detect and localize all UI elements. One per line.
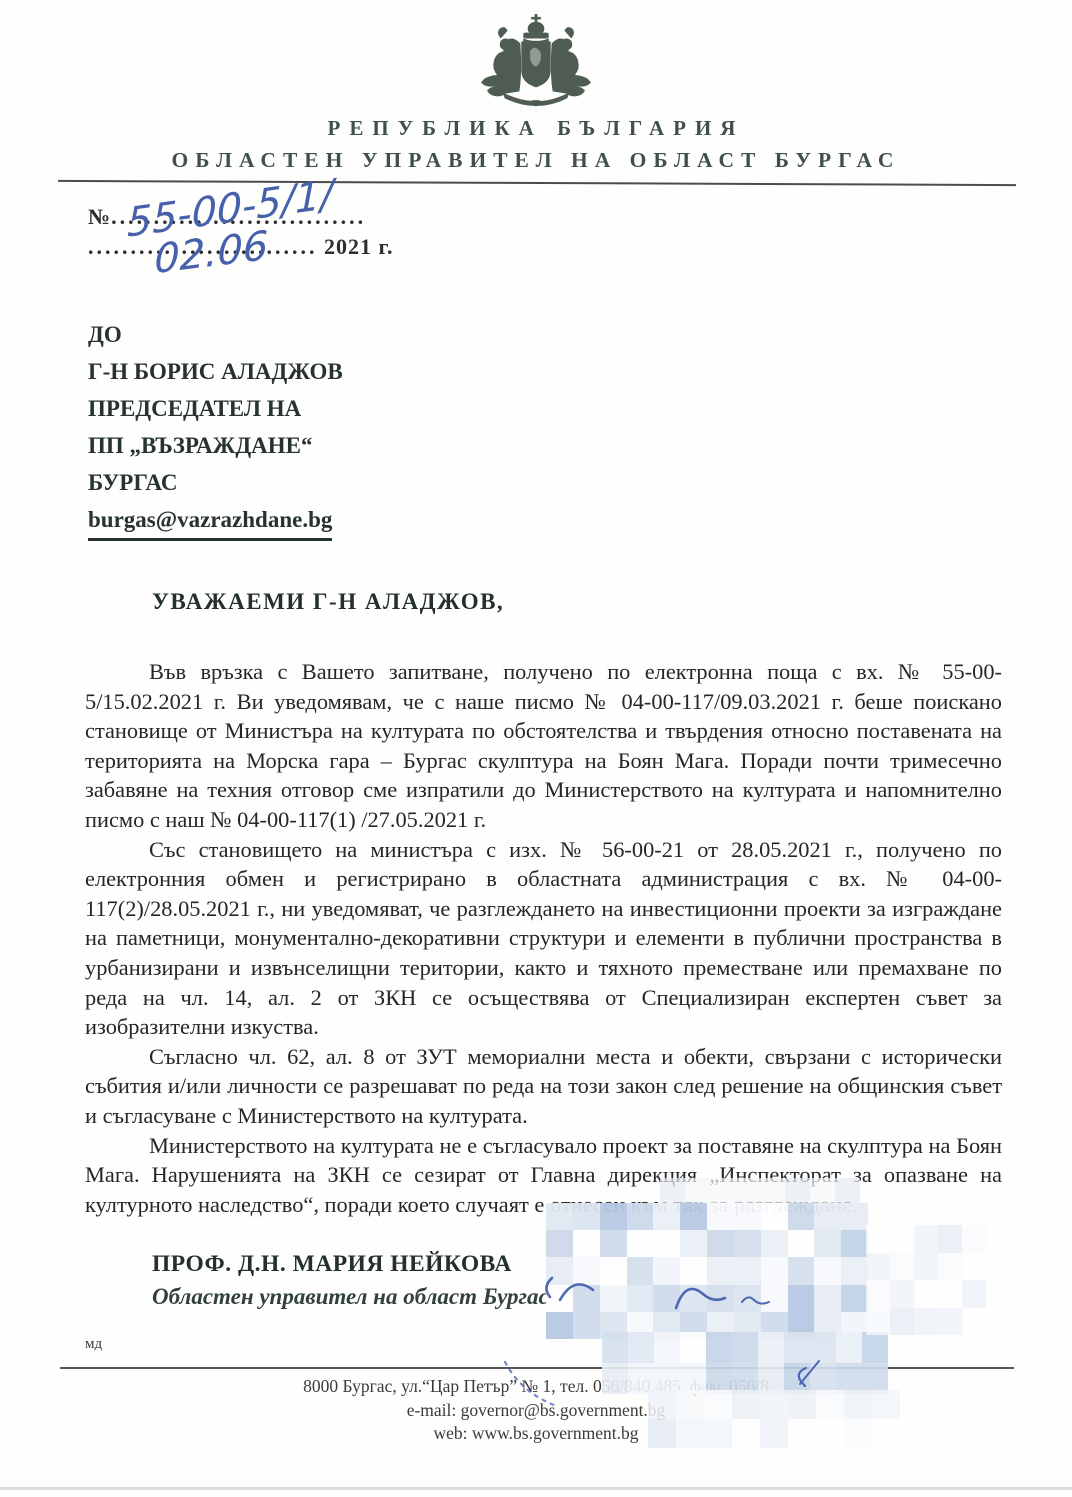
recipient-line-to: ДО <box>88 316 1072 353</box>
reference-block: №.............................. ........… <box>88 204 1072 292</box>
signature-block: ПРОФ. Д.Н. МАРИЯ НЕЙКОВА Областен управи… <box>152 1251 1072 1310</box>
date-dotted-line: ........................... <box>88 234 318 259</box>
salutation: УВАЖАЕМИ Г-Н АЛАДЖОВ, <box>152 589 1072 615</box>
scan-edge-artifact <box>0 1487 1072 1490</box>
letterhead: РЕПУБЛИКА БЪЛГАРИЯ ОБЛАСТЕН УПРАВИТЕЛ НА… <box>0 0 1072 184</box>
recipient-line-party: ПП „ВЪЗРАЖДАНЕ“ <box>88 427 1072 464</box>
body-paragraph-3: Съгласно чл. 62, ал. 8 от ЗУТ мемориални… <box>85 1042 1002 1131</box>
reference-date-row: ........................... 2021 г. <box>88 234 1072 260</box>
number-label: № <box>88 204 111 229</box>
institution-name: ОБЛАСТЕН УПРАВИТЕЛ НА ОБЛАСТ БУРГАС <box>0 148 1072 173</box>
footer-address: 8000 Бургас, ул.“Цар Петър” № 1, тел. 05… <box>0 1375 1072 1399</box>
recipient-line-name: Г-Н БОРИС АЛАДЖОВ <box>88 353 1072 390</box>
number-dotted-line: .............................. <box>111 204 366 229</box>
footer-email: e-mail: governor@bs.government.bg <box>0 1399 1072 1423</box>
typist-initials: мд <box>85 1336 1072 1353</box>
reference-number-row: №.............................. <box>88 204 1072 230</box>
body-paragraph-1: Във връзка с Вашето запитване, получено … <box>85 657 1002 835</box>
header-divider <box>58 180 1016 186</box>
year-label: 2021 г. <box>324 234 394 259</box>
footer-divider <box>60 1367 1014 1369</box>
recipient-email: burgas@vazrazhdane.bg <box>88 501 332 541</box>
body-paragraph-4: Министерството на културата не е съгласу… <box>85 1131 1002 1220</box>
signatory-title: Областен управител на област Бургас <box>152 1284 1072 1310</box>
signatory-name: ПРОФ. Д.Н. МАРИЯ НЕЙКОВА <box>152 1251 1072 1278</box>
footer-contact-block: 8000 Бургас, ул.“Цар Петър” № 1, тел. 05… <box>0 1375 1072 1446</box>
bulgaria-coat-of-arms-icon <box>477 12 595 108</box>
body-paragraph-2: Със становището на министъра с изх. № 56… <box>85 835 1002 1042</box>
scanned-letter-page: РЕПУБЛИКА БЪЛГАРИЯ ОБЛАСТЕН УПРАВИТЕЛ НА… <box>0 0 1072 1497</box>
footer-web: web: www.bs.government.bg <box>0 1422 1072 1446</box>
recipient-block: ДО Г-Н БОРИС АЛАДЖОВ ПРЕДСЕДАТЕЛ НА ПП „… <box>88 316 1072 541</box>
recipient-line-position: ПРЕДСЕДАТЕЛ НА <box>88 390 1072 427</box>
recipient-line-city: БУРГАС <box>88 464 1072 501</box>
letter-body: Във връзка с Вашето запитване, получено … <box>85 657 1002 1219</box>
country-name: РЕПУБЛИКА БЪЛГАРИЯ <box>0 116 1072 141</box>
